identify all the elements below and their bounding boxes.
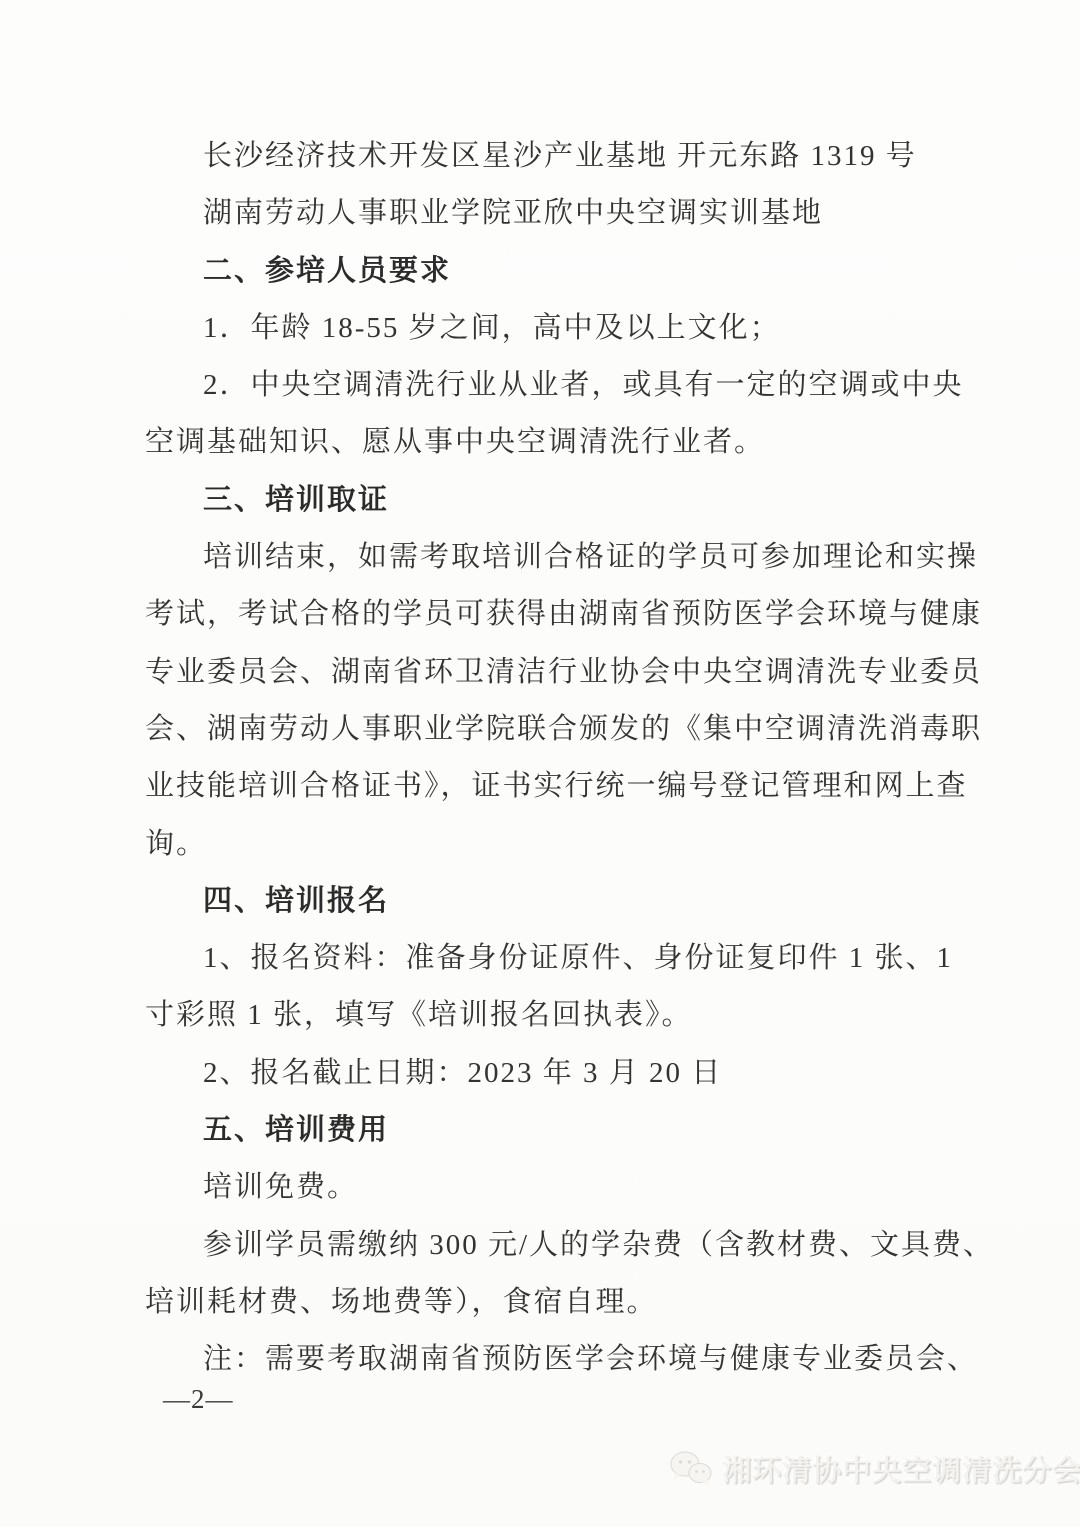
text-line: 询。 [145,816,937,873]
text-line: 1、报名资料：准备身份证原件、身份证复印件 1 张、1 [145,930,937,987]
text-line: 湖南劳动人事职业学院亚欣中央空调实训基地 [145,185,937,242]
text-line: 长沙经济技术开发区星沙产业基地 开元东路 1319 号 [145,128,937,185]
page-number: —2— [163,1384,234,1415]
text-line: 培训结束，如需考取培训合格证的学员可参加理论和实操 [145,529,937,586]
section-heading: 五、培训费用 [145,1102,937,1159]
document-body: 长沙经济技术开发区星沙产业基地 开元东路 1319 号湖南劳动人事职业学院亚欣中… [145,128,937,1389]
text-line: 培训免费。 [145,1159,937,1216]
text-line: 培训耗材费、场地费等），食宿自理。 [145,1274,937,1331]
section-heading: 三、培训取证 [145,472,937,529]
text-line: 业技能培训合格证书》，证书实行统一编号登记管理和网上查 [145,758,937,815]
text-line: 2、报名截止日期：2023 年 3 月 20 日 [145,1045,937,1102]
wechat-icon [668,1449,714,1489]
text-line: 2．中央空调清洗行业从业者，或具有一定的空调或中央 [145,357,937,414]
text-line: 参训学员需缴纳 300 元/人的学杂费（含教材费、文具费、 [145,1217,937,1274]
text-line: 寸彩照 1 张，填写《培训报名回执表》。 [145,987,937,1044]
text-line: 专业委员会、湖南省环卫清洁行业协会中央空调清洗专业委员 [145,644,937,701]
text-line: 空调基础知识、愿从事中央空调清洗行业者。 [145,414,937,471]
watermark-text: 湘环清协中央空调清洗分会 [722,1448,1080,1489]
text-line: 会、湖南劳动人事职业学院联合颁发的《集中空调清洗消毒职 [145,701,937,758]
text-line: 注：需要考取湖南省预防医学会环境与健康专业委员会、 [145,1331,937,1388]
section-heading: 二、参培人员要求 [145,243,937,300]
section-heading: 四、培训报名 [145,873,937,930]
document-page: 长沙经济技术开发区星沙产业基地 开元东路 1319 号湖南劳动人事职业学院亚欣中… [0,0,1080,1527]
text-line: 1．年龄 18-55 岁之间，高中及以上文化； [145,300,937,357]
text-line: 考试，考试合格的学员可获得由湖南省预防医学会环境与健康 [145,586,937,643]
watermark: 湘环清协中央空调清洗分会 [668,1448,1080,1489]
